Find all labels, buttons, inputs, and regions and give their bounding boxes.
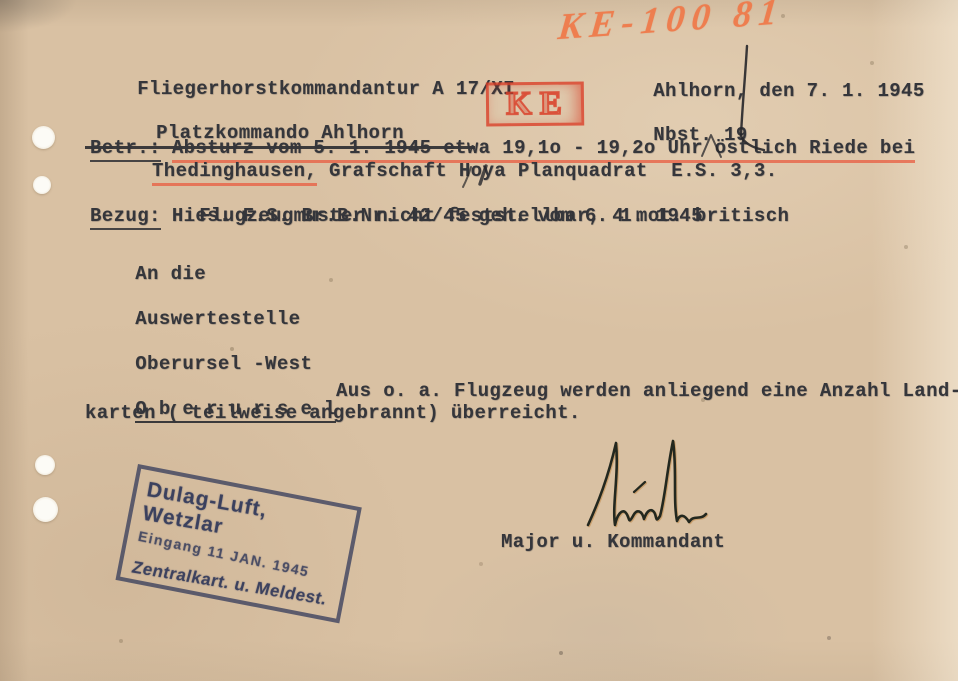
reference-label: Bezug: (90, 205, 161, 230)
scanned-document-page: KE-100 81 Fliegerhorstkommandantur A 17/… (0, 0, 958, 681)
paper-speckles (0, 0, 2, 2)
punch-hole (32, 126, 55, 149)
body-text-line-1: Aus o. a. Flugzeug werden anliegend eine… (336, 380, 958, 402)
ke-stamp-letters: KE (506, 87, 570, 121)
address-line-3: Oberursel -West (135, 353, 312, 375)
address-line-2: Auswertestelle (135, 308, 300, 330)
address-line-1: An die (135, 263, 206, 285)
punch-hole (35, 455, 55, 475)
signature-caption: Major u. Kommandant (501, 531, 725, 553)
sender-unit: Fliegerhorstkommandantur A 17/XI (137, 78, 515, 100)
subject-text-2-rest: Grafschaft Hoya Planquadrat E.S. 3,3. (317, 160, 777, 182)
ke-ink-stamp: KE (486, 81, 584, 126)
handwritten-signature (583, 436, 711, 532)
place-and-date: Ahlhorn, den 7. 1. 1945 (653, 80, 924, 102)
reference-text: Hies. F.S. Br.B.Nr. 42/45 geh. vom 6. 1.… (172, 205, 703, 227)
dulag-luft-receipt-stamp: Dulag-Luft, Wetzlar Eingang 11 JAN. 1945… (115, 464, 361, 623)
punch-hole (33, 497, 58, 522)
body-text-line-2: karten ( teilweise angebrannt) überreich… (85, 402, 581, 424)
subject-label: Betr.: (90, 137, 161, 162)
handwritten-reference-number: KE-100 81 (556, 0, 820, 51)
reference-line: Bezug: Hies. F.S. Br.B.Nr. 42/45 geh. vo… (90, 205, 703, 230)
punch-hole (33, 176, 51, 194)
